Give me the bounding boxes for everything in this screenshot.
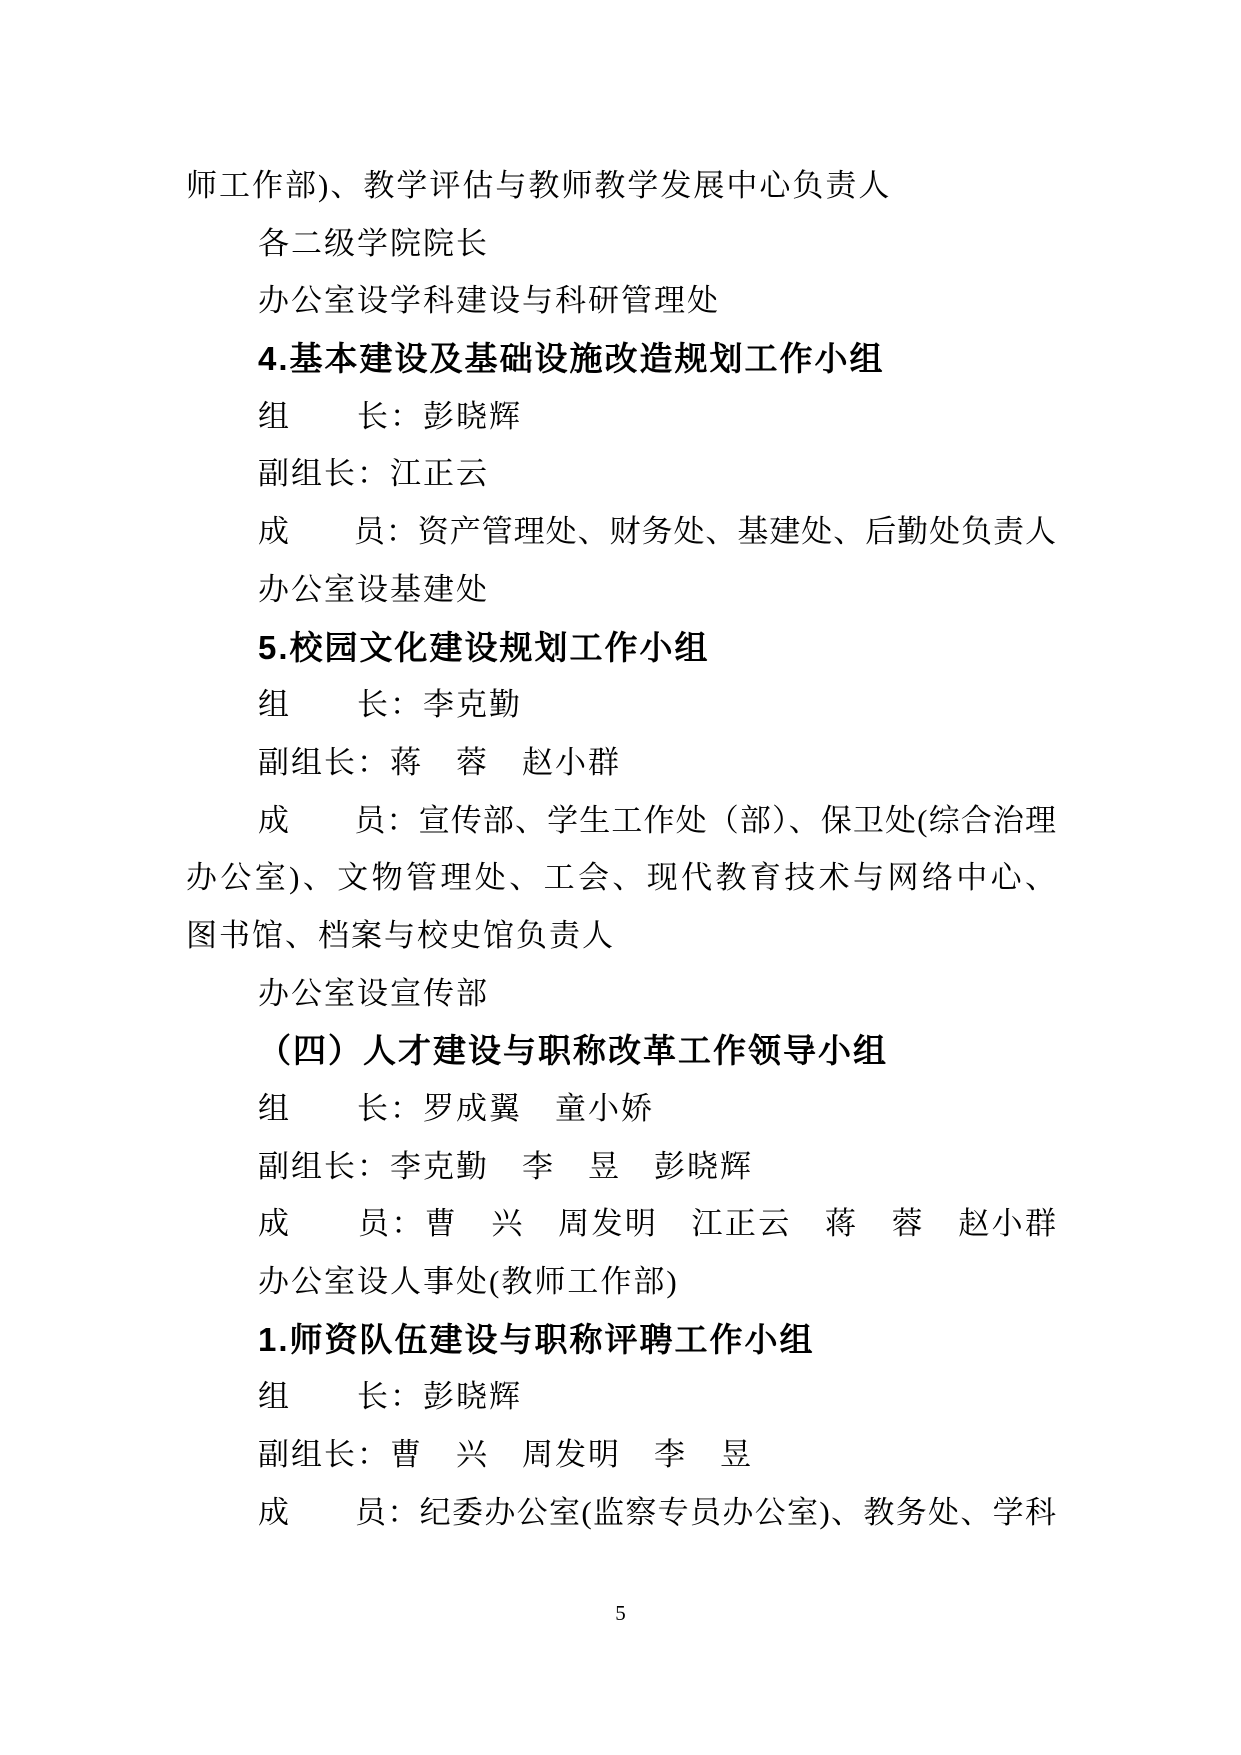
deputy-leader-line: 副组长：李克勤 李 昱 彭晓辉	[186, 1138, 1056, 1196]
leader-line: 组 长：彭晓辉	[186, 388, 1056, 446]
office-note-line: 办公室设基建处	[186, 561, 1056, 619]
office-note-line: 办公室设人事处(教师工作部)	[186, 1253, 1056, 1311]
members-continuation-line: 办公室)、文物管理处、工会、现代教育技术与网络中心、	[186, 849, 1056, 907]
office-note-line: 办公室设学科建设与科研管理处	[186, 272, 1056, 330]
section-heading-group-1: 1.师资队伍建设与职称评聘工作小组	[186, 1311, 1056, 1369]
members-continuation-line: 图书馆、档案与校史馆负责人	[186, 907, 1056, 965]
section-heading-part-4: （四）人才建设与职称改革工作领导小组	[186, 1022, 1056, 1080]
section-heading-group-5: 5.校园文化建设规划工作小组	[186, 619, 1056, 677]
members-line: 成 员：纪委办公室(监察专员办公室)、教务处、学科	[186, 1484, 1056, 1542]
leader-line: 组 长：彭晓辉	[186, 1368, 1056, 1426]
leader-line: 组 长：李克勤	[186, 676, 1056, 734]
members-line: 成 员：资产管理处、财务处、基建处、后勤处负责人	[186, 503, 1056, 561]
section-heading-group-4: 4.基本建设及基础设施改造规划工作小组	[186, 330, 1056, 388]
page-number: 5	[0, 1598, 1241, 1628]
deputy-leader-line: 副组长：曹 兴 周发明 李 昱	[186, 1426, 1056, 1484]
document-body: 师工作部)、教学评估与教师教学发展中心负责人 各二级学院院长 办公室设学科建设与…	[186, 157, 1056, 1542]
paragraph-continuation-line: 师工作部)、教学评估与教师教学发展中心负责人	[186, 157, 1056, 215]
deputy-leader-line: 副组长：蒋 蓉 赵小群	[186, 734, 1056, 792]
office-note-line: 办公室设宣传部	[186, 965, 1056, 1023]
deputy-leader-line: 副组长：江正云	[186, 445, 1056, 503]
member-line: 各二级学院院长	[186, 215, 1056, 273]
document-page: 师工作部)、教学评估与教师教学发展中心负责人 各二级学院院长 办公室设学科建设与…	[0, 0, 1241, 1755]
leader-line: 组 长：罗成翼 童小娇	[186, 1080, 1056, 1138]
members-line: 成 员：宣传部、学生工作处（部）、保卫处(综合治理	[186, 792, 1056, 850]
members-line: 成 员：曹 兴 周发明 江正云 蒋 蓉 赵小群	[186, 1195, 1056, 1253]
